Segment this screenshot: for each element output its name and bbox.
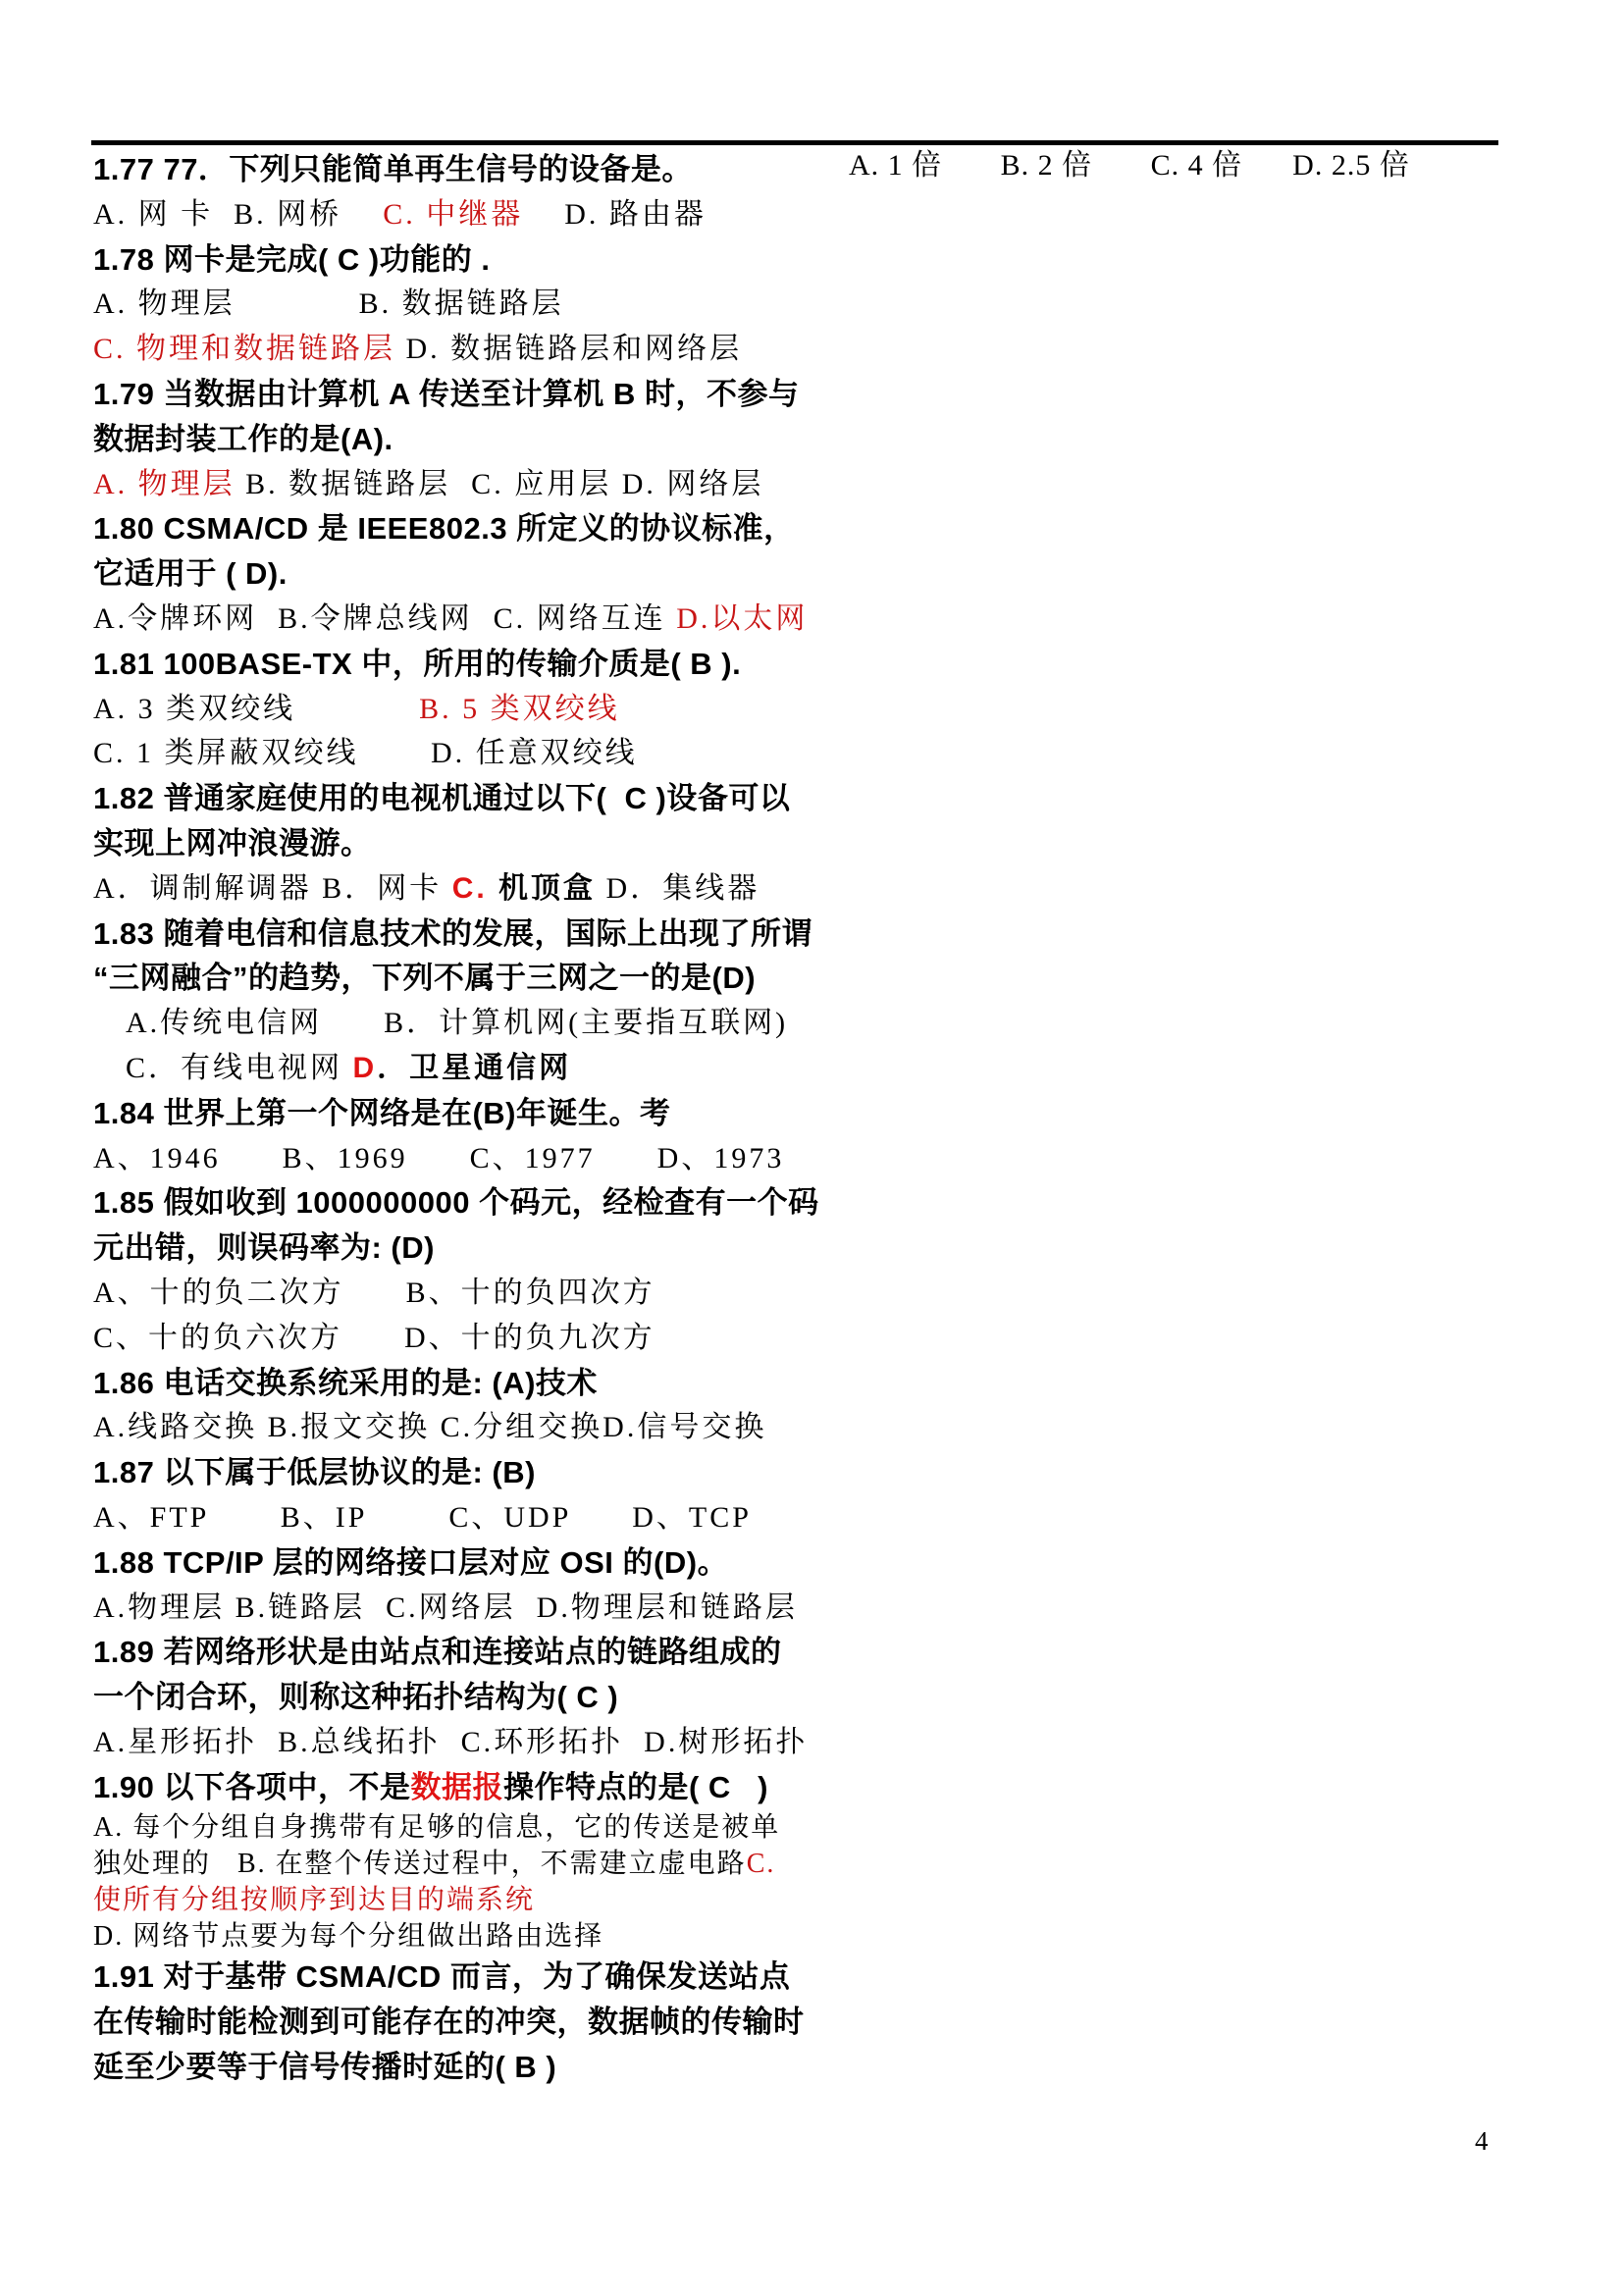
option-line: A.令牌环网 B.令牌总线网 C. 网络互连 D.以太网 bbox=[93, 597, 859, 642]
question-line: 1.78 网卡是完成( C )功能的 . bbox=[93, 237, 859, 283]
question-content: 1.77 77．下列只能简单再生信号的设备是。A. 网 卡 B. 网桥 C. 中… bbox=[93, 147, 859, 2090]
answer-highlight: D.以太网 bbox=[676, 602, 808, 635]
text-segment: 1.84 世界上第一个网络是在(B)年诞生。考 bbox=[93, 1096, 670, 1130]
text-segment: D．集线器 bbox=[596, 872, 760, 905]
text-segment: A. 网 卡 B. 网桥 bbox=[93, 198, 383, 231]
text-segment: 在传输时能检测到可能存在的冲突，数据帧的传输时 bbox=[93, 2005, 805, 2039]
answer-highlight: B. 5 类双绞线 bbox=[419, 693, 620, 725]
option-line: A.星形拓扑 B.总线拓扑 C.环形拓扑 D.树形拓扑 bbox=[93, 1720, 859, 1765]
text-segment: A. 每个分组自身携带有足够的信息，它的传送是被单 bbox=[93, 1812, 780, 1843]
question-line: 1.77 77．下列只能简单再生信号的设备是。 bbox=[93, 147, 859, 192]
answer-highlight: C. 物理和数据链路层 bbox=[93, 333, 395, 365]
text-segment: A.星形拓扑 B.总线拓扑 C.环形拓扑 D.树形拓扑 bbox=[93, 1726, 808, 1758]
text-segment: 1.77 77．下列只能简单再生信号的设备是。 bbox=[93, 152, 693, 186]
text-segment: A.令牌环网 B.令牌总线网 C. 网络互连 bbox=[93, 602, 676, 635]
answer-highlight: C. bbox=[452, 872, 498, 905]
option-line: 使所有分组按顺序到达目的端系统 bbox=[93, 1882, 859, 1918]
text-segment: A. 3 类双绞线 bbox=[93, 693, 419, 725]
text-segment: 1.78 网卡是完成( C )功能的 . bbox=[93, 242, 490, 277]
header-divider bbox=[91, 140, 1498, 145]
text-segment: D. 网络节点要为每个分组做出路由选择 bbox=[93, 1921, 603, 1952]
question-line: 1.89 若网络形状是由站点和连接站点的链路组成的 bbox=[93, 1630, 859, 1675]
text-segment: A.传统电信网 B．计算机网(主要指互联网) bbox=[126, 1007, 788, 1039]
text-segment: 机顶盒 bbox=[498, 872, 596, 905]
question-line: 1.85 假如收到 1000000000 个码元，经检查有一个码 bbox=[93, 1180, 859, 1226]
text-segment: 1.90 以下各项中，不是 bbox=[93, 1770, 410, 1804]
text-segment: D. 路由器 bbox=[523, 198, 707, 231]
answer-highlight: 使所有分组按顺序到达目的端系统 bbox=[93, 1885, 535, 1915]
question-line: 1.80 CSMA/CD 是 IEEE802.3 所定义的协议标准， bbox=[93, 506, 859, 551]
option-line: A.物理层 B.链路层 C.网络层 D.物理层和链路层 bbox=[93, 1586, 859, 1631]
text-segment: 元出错，则误码率为: (D) bbox=[93, 1230, 435, 1265]
question-line: 1.87 以下属于低层协议的是: (B) bbox=[93, 1450, 859, 1495]
text-segment: C. 1 类屏蔽双绞线 D. 任意双绞线 bbox=[93, 737, 638, 769]
text-segment: A、1946 B、1969 C、1977 D、1973 bbox=[93, 1142, 784, 1174]
question-line: 一个闭合环，则称这种拓扑结构为( C ) bbox=[93, 1675, 859, 1720]
option-line: A.线路交换 B.报文交换 C.分组交换D.信号交换 bbox=[93, 1405, 859, 1450]
text-segment: 操作特点的是( C ) bbox=[503, 1770, 768, 1804]
question-line: 1.83 随着电信和信息技术的发展，国际上出现了所谓 bbox=[93, 912, 859, 957]
option-line: A、1946 B、1969 C、1977 D、1973 bbox=[93, 1136, 859, 1181]
option-line: C. 物理和数据链路层 D. 数据链路层和网络层 bbox=[93, 327, 859, 372]
text-segment: 延至少要等于信号传播时延的( B ) bbox=[93, 2050, 556, 2084]
question-line: 1.90 以下各项中，不是数据报操作特点的是( C ) bbox=[93, 1765, 859, 1810]
option-line: A. 每个分组自身携带有足够的信息，它的传送是被单 bbox=[93, 1809, 859, 1846]
option-line: C. 1 类屏蔽双绞线 D. 任意双绞线 bbox=[93, 731, 859, 776]
question-line: 数据封装工作的是(A). bbox=[93, 417, 859, 462]
document-page: A. 1 倍 B. 2 倍 C. 4 倍 D. 2.5 倍 1.77 77．下列… bbox=[0, 0, 1624, 2295]
option-line: C、十的负六次方 D、十的负九次方 bbox=[93, 1316, 859, 1361]
text-segment: A. 物理层 B. 数据链路层 bbox=[93, 287, 564, 320]
answer-highlight: A. 物理层 bbox=[93, 468, 236, 500]
text-segment: 数据封装工作的是(A). bbox=[93, 422, 393, 456]
text-segment: 1.80 CSMA/CD 是 IEEE802.3 所定义的协议标准， bbox=[93, 511, 795, 546]
text-segment: 1.88 TCP/IP 层的网络接口层对应 OSI 的(D)。 bbox=[93, 1545, 728, 1580]
option-line: D. 网络节点要为每个分组做出路由选择 bbox=[93, 1918, 859, 1955]
text-segment: A．调制解调器 B．网卡 bbox=[93, 872, 452, 905]
question-line: 1.82 普通家庭使用的电视机通过以下( C )设备可以 bbox=[93, 776, 859, 821]
option-line: A. 3 类双绞线 B. 5 类双绞线 bbox=[93, 687, 859, 732]
text-segment: B. 数据链路层 C. 应用层 D. 网络层 bbox=[236, 468, 764, 500]
text-segment: A、FTP B、IP C、UDP D、TCP bbox=[93, 1501, 752, 1534]
question-line: “三网融合”的趋势，下列不属于三网之一的是(D) bbox=[93, 956, 859, 1001]
answer-highlight: C. 中继器 bbox=[383, 198, 523, 231]
text-segment: C．有线电视网 bbox=[126, 1052, 353, 1084]
text-segment: 1.89 若网络形状是由站点和连接站点的链路组成的 bbox=[93, 1635, 781, 1669]
text-segment: 独处理的 B. 在整个传送过程中，不需建立虚电路 bbox=[93, 1849, 747, 1879]
text-segment: ．卫星通信网 bbox=[377, 1052, 571, 1084]
option-line: A. 物理层 B. 数据链路层 bbox=[93, 282, 859, 327]
question-line: 元出错，则误码率为: (D) bbox=[93, 1226, 859, 1271]
text-segment: C、十的负六次方 D、十的负九次方 bbox=[93, 1322, 655, 1354]
text-segment: A.线路交换 B.报文交换 C.分组交换D.信号交换 bbox=[93, 1411, 766, 1443]
text-segment: 1.83 随着电信和信息技术的发展，国际上出现了所谓 bbox=[93, 916, 812, 951]
prev-question-options: A. 1 倍 B. 2 倍 C. 4 倍 D. 2.5 倍 bbox=[849, 147, 1410, 184]
text-segment: 一个闭合环，则称这种拓扑结构为( C ) bbox=[93, 1680, 618, 1714]
text-segment: 1.86 电话交换系统采用的是: (A)技术 bbox=[93, 1366, 598, 1400]
option-line: A、十的负二次方 B、十的负四次方 bbox=[93, 1271, 859, 1316]
question-line: 它适用于 ( D). bbox=[93, 551, 859, 597]
question-line: 在传输时能检测到可能存在的冲突，数据帧的传输时 bbox=[93, 2000, 859, 2045]
question-line: 1.79 当数据由计算机 A 传送至计算机 B 时，不参与 bbox=[93, 372, 859, 417]
question-line: 1.84 世界上第一个网络是在(B)年诞生。考 bbox=[93, 1091, 859, 1136]
text-segment: A.物理层 B.链路层 C.网络层 D.物理层和链路层 bbox=[93, 1591, 798, 1624]
text-segment: D. 数据链路层和网络层 bbox=[395, 333, 742, 365]
text-segment: A、十的负二次方 B、十的负四次方 bbox=[93, 1277, 655, 1309]
answer-highlight: D bbox=[353, 1052, 378, 1084]
text-segment: 1.91 对于基带 CSMA/CD 而言，为了确保发送站点 bbox=[93, 1959, 790, 1994]
question-line: 1.81 100BASE-TX 中，所用的传输介质是( B ). bbox=[93, 642, 859, 687]
question-line: 1.86 电话交换系统采用的是: (A)技术 bbox=[93, 1361, 859, 1406]
option-line: A．调制解调器 B．网卡 C. 机顶盒 D．集线器 bbox=[93, 866, 859, 912]
option-line: A. 物理层 B. 数据链路层 C. 应用层 D. 网络层 bbox=[93, 462, 859, 507]
answer-highlight: C. bbox=[747, 1849, 776, 1879]
option-line: A.传统电信网 B．计算机网(主要指互联网) bbox=[93, 1001, 859, 1046]
text-segment: 1.81 100BASE-TX 中，所用的传输介质是( B ). bbox=[93, 647, 741, 681]
question-line: 延至少要等于信号传播时延的( B ) bbox=[93, 2045, 859, 2090]
option-line: A、FTP B、IP C、UDP D、TCP bbox=[93, 1495, 859, 1540]
answer-highlight: 数据报 bbox=[410, 1770, 503, 1804]
text-segment: 1.79 当数据由计算机 A 传送至计算机 B 时，不参与 bbox=[93, 377, 800, 411]
question-line: 1.91 对于基带 CSMA/CD 而言，为了确保发送站点 bbox=[93, 1955, 859, 2000]
question-line: 实现上网冲浪漫游。 bbox=[93, 821, 859, 866]
text-segment: 实现上网冲浪漫游。 bbox=[93, 826, 372, 861]
text-segment: “三网融合”的趋势，下列不属于三网之一的是(D) bbox=[93, 961, 756, 995]
option-line: A. 网 卡 B. 网桥 C. 中继器 D. 路由器 bbox=[93, 192, 859, 237]
text-segment: 1.87 以下属于低层协议的是: (B) bbox=[93, 1455, 536, 1489]
page-number: 4 bbox=[1475, 2125, 1489, 2157]
question-line: 1.88 TCP/IP 层的网络接口层对应 OSI 的(D)。 bbox=[93, 1540, 859, 1586]
text-segment: 1.82 普通家庭使用的电视机通过以下( C )设备可以 bbox=[93, 781, 790, 815]
option-line: C．有线电视网 D．卫星通信网 bbox=[93, 1046, 859, 1091]
text-segment: 它适用于 ( D). bbox=[93, 556, 288, 591]
option-line: 独处理的 B. 在整个传送过程中，不需建立虚电路C. bbox=[93, 1846, 859, 1882]
text-segment: 1.85 假如收到 1000000000 个码元，经检查有一个码 bbox=[93, 1185, 819, 1220]
